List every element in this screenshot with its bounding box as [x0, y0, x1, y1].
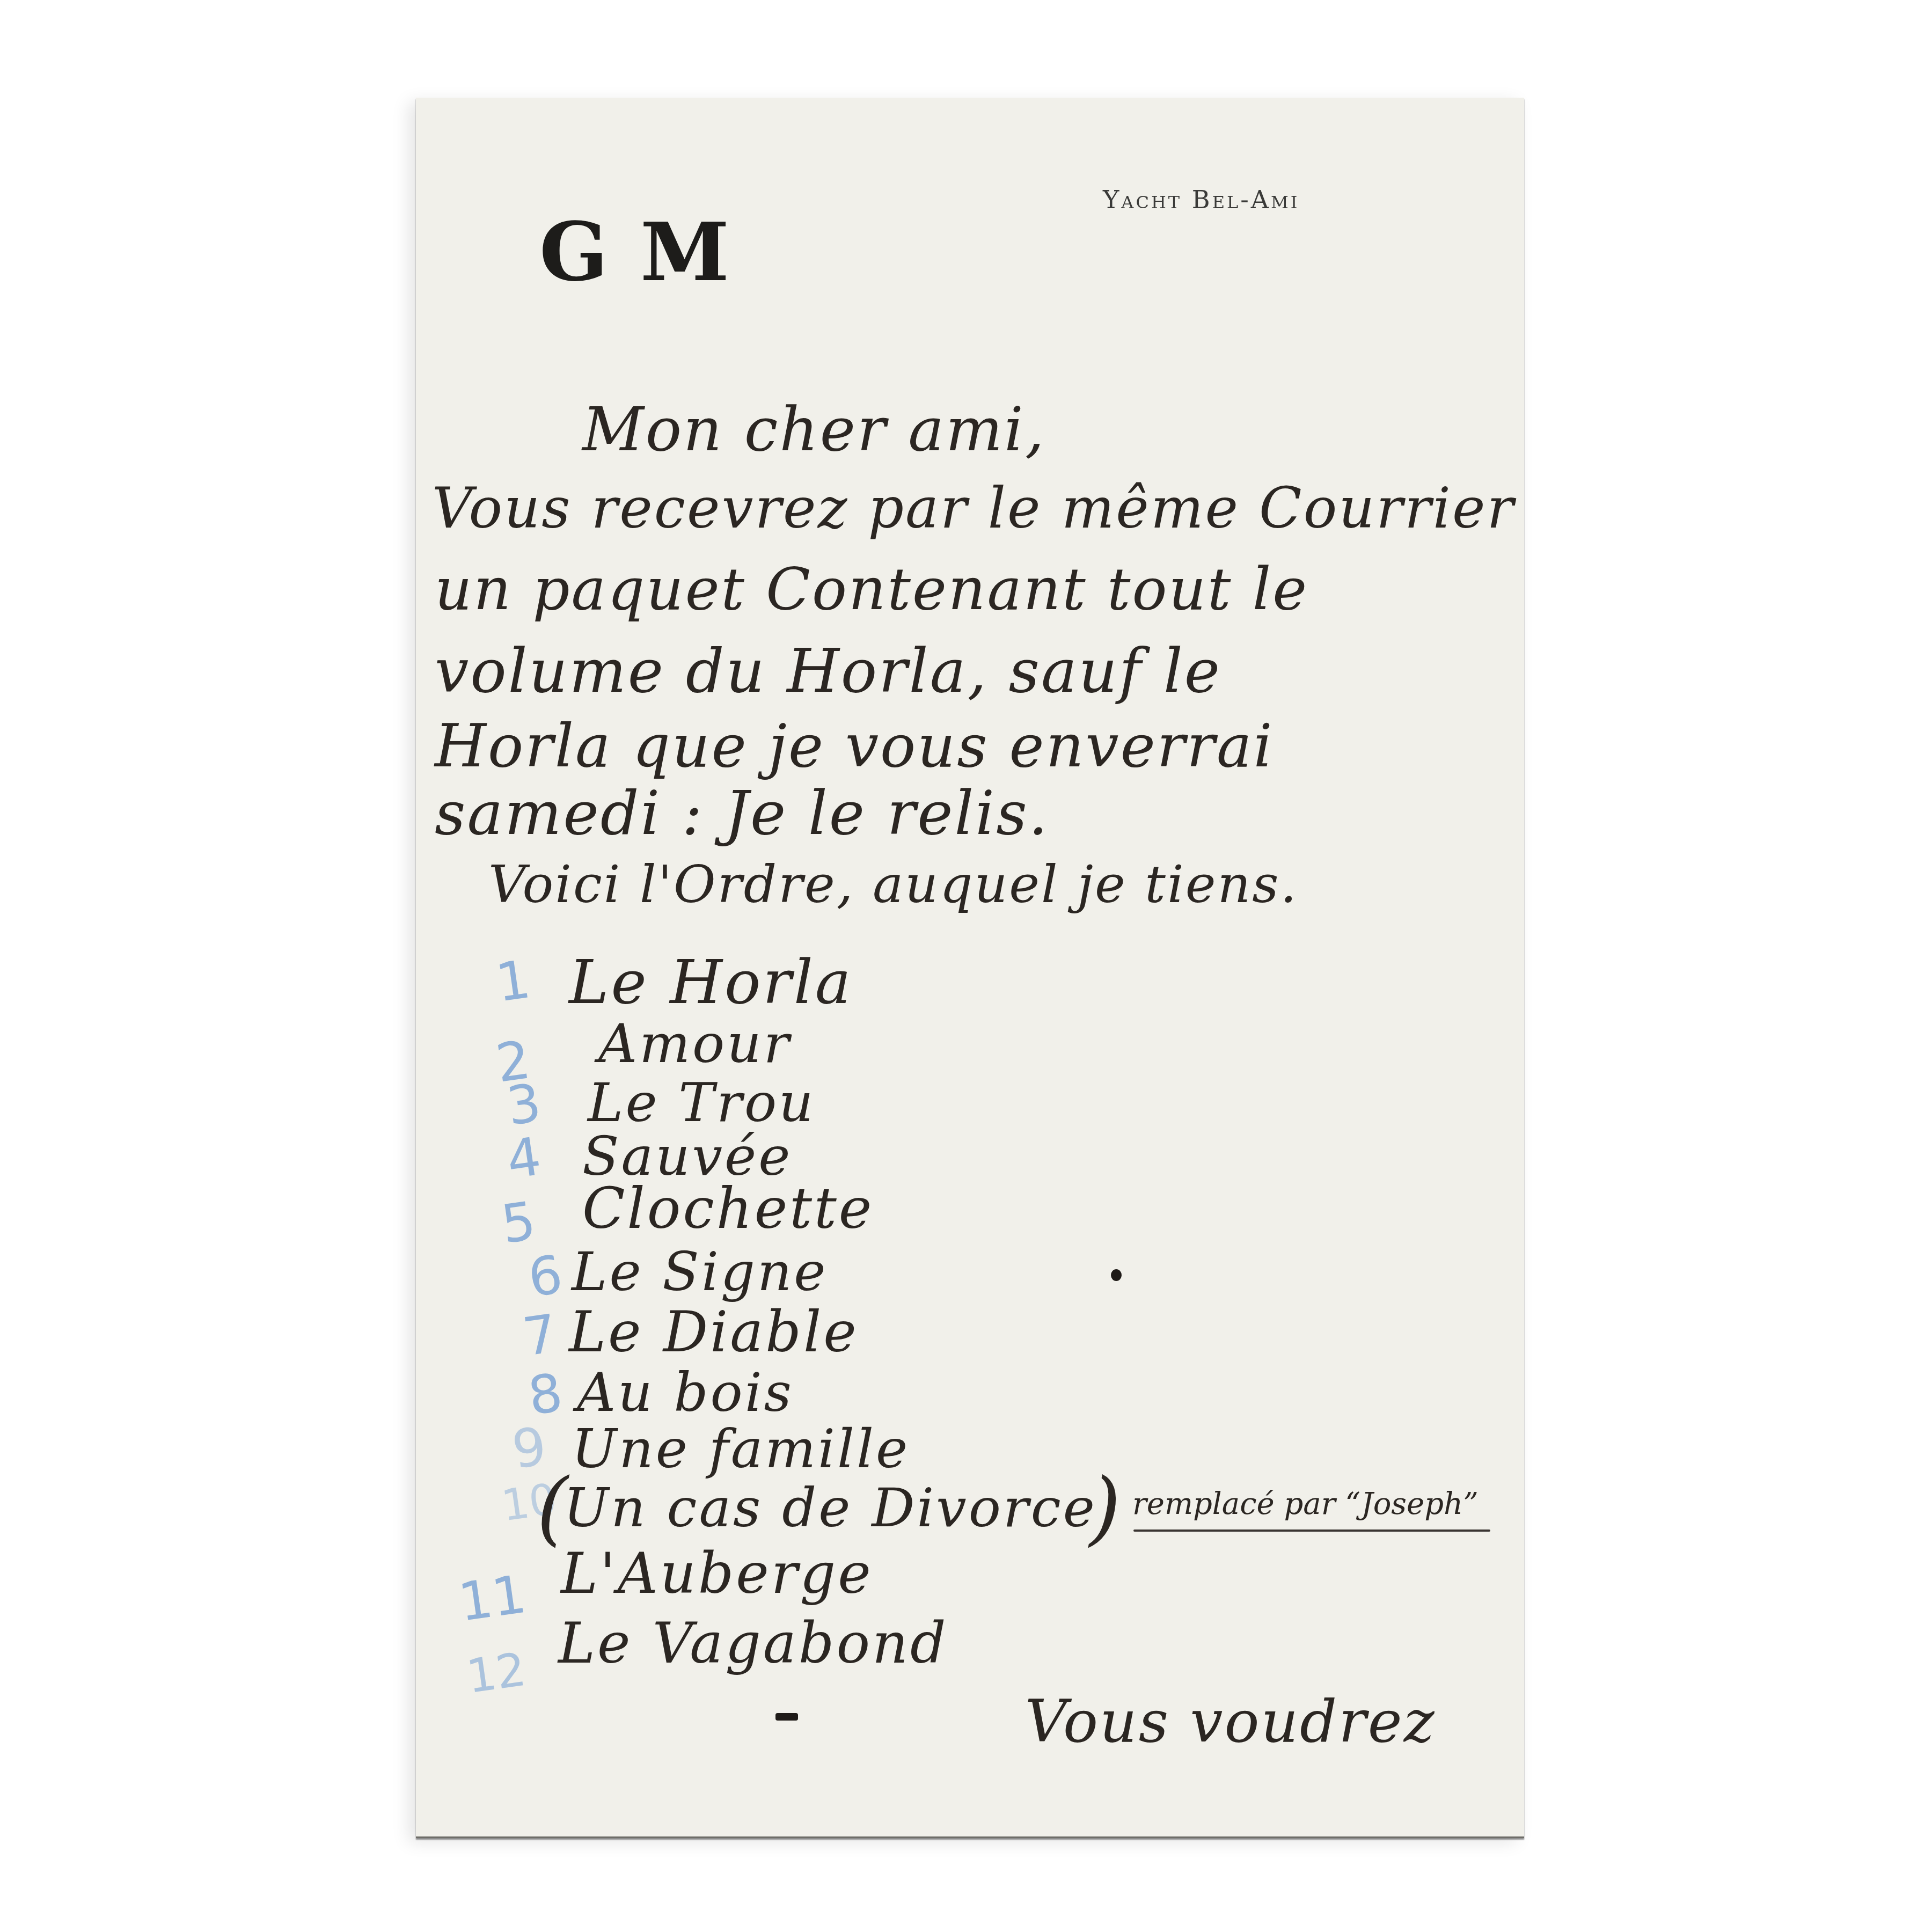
list-end-dash — [775, 1713, 798, 1721]
story-item-5: Clochette — [582, 1181, 874, 1236]
story-item-2: Amour — [598, 1017, 791, 1071]
body-line-1: Vous recevrez par le même Courrier — [432, 480, 1515, 536]
story-item-11: L'Auberge — [561, 1546, 873, 1601]
story-item-4: Sauvée — [582, 1130, 792, 1183]
order-number-4: 4 — [503, 1130, 544, 1187]
story-item-3: Le Trou — [588, 1076, 815, 1130]
body-line-6: Voici l'Ordre, auquel je tiens. — [488, 859, 1298, 910]
order-number-7: 7 — [519, 1307, 560, 1364]
document-stage: Yacht Bel-Ami GM Mon cher ami, Vous rece… — [0, 0, 1932, 1932]
order-number-6: 6 — [525, 1248, 565, 1305]
story-item-7: Le Diable — [569, 1304, 859, 1360]
body-line-5: samedi : Je le relis. — [435, 784, 1049, 844]
bracket-close: ) — [1089, 1468, 1121, 1548]
replacement-annotation: remplacé par “Joseph” — [1132, 1487, 1479, 1521]
letterhead-yacht-name: Yacht Bel-Ami — [1103, 185, 1299, 214]
order-number-12: 12 — [464, 1646, 529, 1700]
order-number-8: 8 — [525, 1366, 565, 1423]
story-item-9: Une famille — [572, 1422, 910, 1476]
salutation: Mon cher ami, — [582, 400, 1046, 460]
monogram-stamp: GM — [539, 212, 762, 292]
closing-line: Vous voudrez — [1025, 1693, 1436, 1751]
body-line-3: volume du Horla, sauf le — [435, 641, 1221, 701]
order-number-11: 11 — [456, 1568, 529, 1629]
story-item-12: Le Vagabond — [558, 1615, 948, 1671]
order-number-1: 1 — [493, 953, 533, 1010]
annotation-underline — [1133, 1529, 1490, 1532]
story-item-1: Le Horla — [569, 953, 853, 1013]
body-line-2: un paquet Contenant tout le — [435, 561, 1308, 619]
story-item-8: Au bois — [577, 1366, 794, 1419]
body-line-4: Horla que je vous enverrai — [435, 716, 1274, 775]
order-number-3: 3 — [503, 1077, 544, 1133]
story-item-10: Un cas de Divorce — [563, 1481, 1097, 1535]
order-number-5: 5 — [498, 1195, 538, 1252]
story-item-6: Le Signe — [572, 1245, 828, 1299]
ink-dot-mark — [1111, 1269, 1122, 1281]
